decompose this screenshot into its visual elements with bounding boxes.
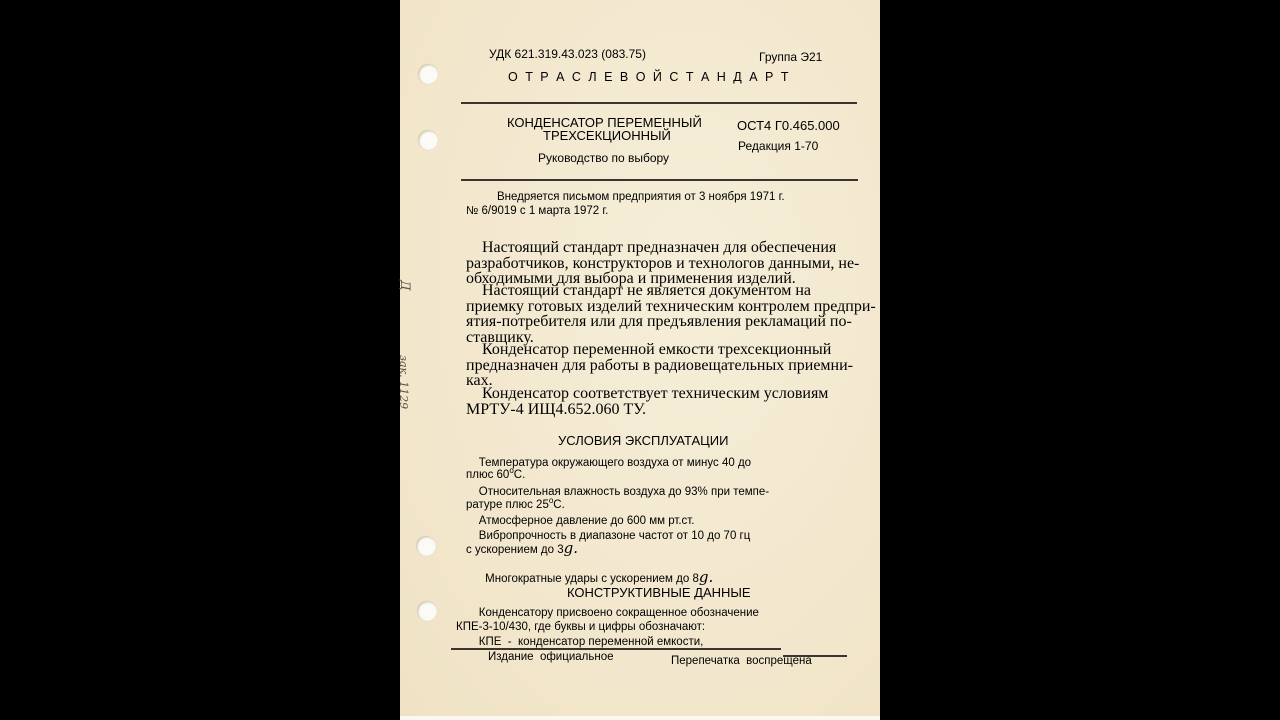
humidity-value: ратуре плюс 25	[466, 499, 549, 511]
pressure-line: Атмосферное давление до 600 мм рт.ст.	[466, 515, 695, 527]
vibration-line2: с ускорением до 3g.	[466, 539, 578, 557]
humidity-unit: С.	[553, 499, 565, 511]
udk-code: УДК 621.319.43.023 (083.75)	[489, 47, 646, 61]
doc-title-line2: ТРЕХСЕКЦИОННЫЙ	[543, 128, 671, 143]
footer-divider	[451, 648, 781, 650]
divider	[461, 102, 857, 104]
intro-line2: № 6/9019 с 1 марта 1972 г.	[466, 205, 608, 217]
section-heading-design: КОНСТРУКТИВНЫЕ ДАННЫЕ	[567, 585, 751, 600]
temp-line2: плюс 60oС.	[466, 466, 525, 481]
footer-official: Издание официальное	[488, 651, 613, 663]
intro-line1: Внедряется письмом предприятия от 3 нояб…	[497, 191, 785, 203]
temp-value: плюс 60	[466, 469, 509, 481]
section-heading-operating: УСЛОВИЯ ЭКСПЛУАТАЦИИ	[558, 433, 728, 448]
standard-type: О Т Р А С Л Е В О Й С Т А Н Д А Р Т	[508, 70, 791, 84]
shock-value: Многократные удары с ускорением до 8	[472, 573, 698, 585]
handwritten-g: g.	[699, 568, 713, 586]
footer-reprint: Перепечатка воспрещена	[671, 655, 812, 667]
margin-note: зак. 1129	[397, 355, 410, 409]
punch-hole	[416, 536, 436, 556]
design-line2: КПЕ-3-10/430, где буквы и цифры обознача…	[456, 621, 705, 633]
paragraph-scope: Настоящий стандарт не является документо…	[466, 283, 861, 345]
punch-hole	[418, 64, 438, 84]
punch-hole	[418, 130, 438, 150]
design-line1: Конденсатору присвоено сокращенное обозн…	[466, 607, 759, 619]
page-edge	[400, 716, 880, 720]
divider	[461, 179, 858, 181]
doc-subtitle: Руководство по выбору	[538, 151, 669, 165]
humidity-line2: ратуре плюс 25oС.	[466, 496, 565, 511]
margin-note: Д	[397, 280, 412, 291]
doc-edition: Редакция 1-70	[738, 139, 818, 153]
punch-hole	[417, 601, 437, 621]
paragraph-spec: Конденсатор соответствует техническим ус…	[466, 386, 861, 417]
paragraph-application: Конденсатор переменной емкости трехсекци…	[466, 342, 861, 389]
temp-unit: С.	[514, 469, 526, 481]
doc-code: ОСТ4 Г0.465.000	[737, 118, 840, 133]
shock-line: Многократные удары с ускорением до 8g.	[466, 556, 713, 586]
paragraph-purpose: Настоящий стандарт предназначен для обес…	[466, 240, 861, 287]
group-label: Группа Э21	[759, 50, 822, 64]
design-line3: КПЕ - конденсатор переменной емкости,	[466, 636, 703, 648]
handwritten-g: g.	[564, 539, 578, 557]
vibration-value: с ускорением до 3	[466, 544, 564, 556]
